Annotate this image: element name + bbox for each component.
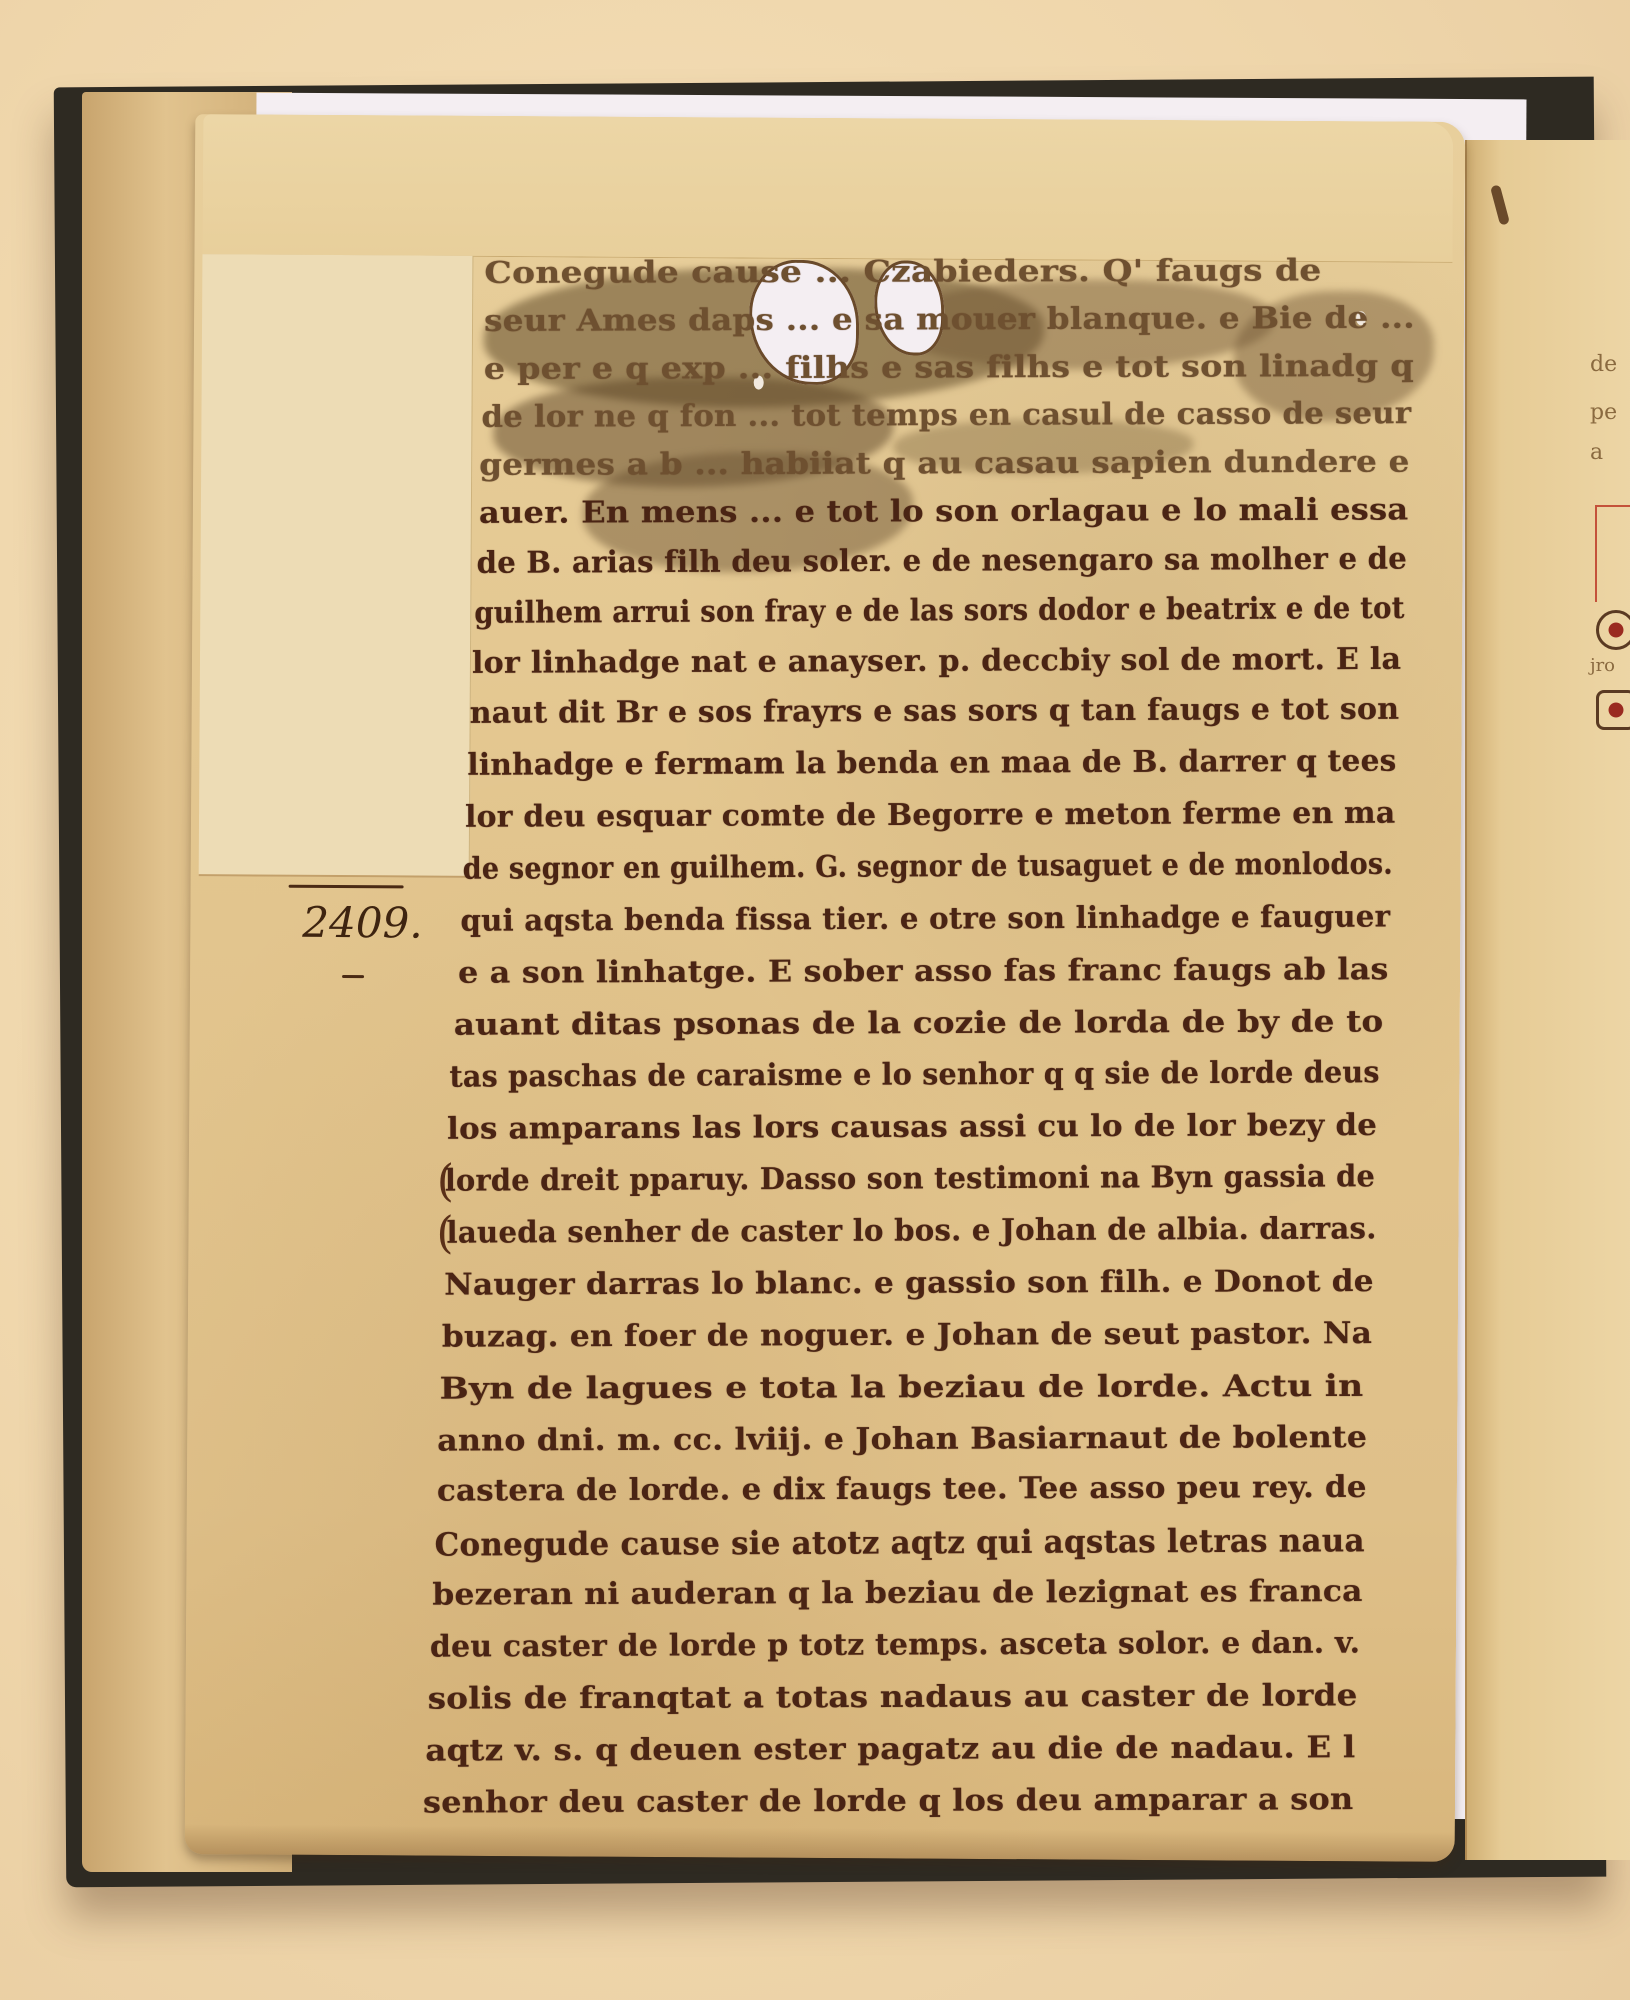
facing-page-fragment: de: [1590, 352, 1617, 377]
manuscript-line: auant ditas psonas de la cozie de lorda …: [454, 1004, 1384, 1042]
manuscript-line: guilhem arrui son fray e de las sors dod…: [474, 591, 1404, 631]
manuscript-line: laueda senher de caster lo bos. e Johan …: [446, 1211, 1376, 1250]
manuscript-line: Conegude cause ... Czabieders. Q' faugs …: [484, 253, 1321, 291]
decorated-initial-icon: [1596, 690, 1630, 730]
manuscript-line: linhadge e fermam la benda en maa de B. …: [467, 744, 1396, 783]
manuscript-line: deu caster de lorde p totz temps. asceta…: [430, 1626, 1360, 1665]
manuscript-line: naut dit Br e sos frayrs e sas sors q ta…: [470, 692, 1400, 731]
paper-repair-left: [199, 254, 474, 878]
manuscript-line: auer. En mens ... e tot lo son orlagau e…: [479, 492, 1409, 530]
manuscript-line: buzag. en foer de noguer. e Johan de seu…: [442, 1316, 1372, 1355]
manuscript-line: qui aqsta benda fissa tier. e otre son l…: [460, 899, 1390, 938]
facing-page-fragment: jro: [1590, 655, 1615, 676]
photograph-scene: de pe a jro 2409. ( ( Conegude cause ...…: [0, 0, 1630, 2000]
manuscript-line: lor deu esquar comte de Begorre e meton …: [465, 796, 1396, 835]
manuscript-line: Conegude cause sie atotz aqtz qui aqstas…: [435, 1521, 1365, 1563]
decorated-initial-icon: [1596, 610, 1630, 650]
manuscript-line: los amparans las lors causas assi cu lo …: [447, 1108, 1377, 1147]
folio-number: 2409.: [302, 898, 423, 948]
manuscript-line: lorde dreit pparuy. Dasso son testimoni …: [445, 1159, 1375, 1198]
paper-repair-strip: [202, 114, 1453, 263]
manuscript-line: lor linhadge nat e anayser. p. deccbiy s…: [472, 642, 1401, 681]
manuscript-page: 2409. ( ( Conegude cause ... Czabieders.…: [185, 114, 1466, 1862]
manuscript-line: castera de lorde. e dix faugs tee. Tee a…: [437, 1470, 1367, 1509]
margin-dash: [342, 975, 364, 978]
manuscript-line: de segnor en guilhem. G. segnor de tusag…: [463, 847, 1393, 887]
manuscript-line: germes a b ... habiiat q au casau sapien…: [479, 445, 1410, 483]
manuscript-line: aqtz v. s. q deuen ester pagatz au die d…: [425, 1730, 1355, 1768]
manuscript-line: e per e q exp ... filhs e sas filhs e to…: [484, 349, 1414, 387]
facing-page-fragment: pe: [1590, 400, 1617, 425]
facing-page-fragment: a: [1590, 440, 1603, 465]
manuscript-line: bezeran ni auderan q la beziau de lezign…: [432, 1574, 1363, 1613]
manuscript-line: Byn de lagues e tota la beziau de lorde.…: [439, 1369, 1363, 1407]
manuscript-line: de lor ne q fon ... tot temps en casul d…: [481, 396, 1411, 435]
manuscript-line: seur Ames daps ... e sa mouer blanque. e…: [484, 301, 1415, 339]
margin-rule: [289, 885, 404, 889]
manuscript-line: solis de franqtat a totas nadaus au cast…: [428, 1678, 1358, 1716]
manuscript-line: anno dni. m. cc. lviij. e Johan Basiarna…: [437, 1420, 1367, 1459]
rubric-initial: [1595, 505, 1630, 602]
manuscript-line: de B. arias filh deu soler. e de nesenga…: [477, 542, 1408, 581]
manuscript-line: senhor deu caster de lorde q los deu amp…: [423, 1782, 1353, 1820]
facing-page: [1465, 140, 1630, 1860]
insect-mark: [1490, 184, 1510, 225]
manuscript-line: e a son linhatge. E sober asso fas franc…: [458, 952, 1389, 991]
manuscript-line: tas paschas de caraisme e lo senhor q q …: [449, 1055, 1379, 1095]
manuscript-line: Nauger darras lo blanc. e gassio son fil…: [444, 1264, 1374, 1303]
